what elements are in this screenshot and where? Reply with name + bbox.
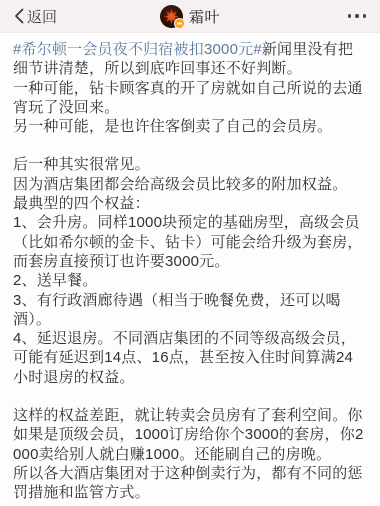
post-paragraph: 所以各大酒店集团对于这种倒卖行为，都有不同的惩罚措施和监管方式。 [13, 464, 368, 503]
more-dots-icon [355, 14, 359, 18]
hashtag-link[interactable]: #希尔顿一会员夜不归宿被扣3000元# [13, 41, 262, 58]
post-paragraph: 这样的权益差距，就让转卖会员房有了套利空间。你如果是顶级会员，1000订房给你个… [13, 406, 368, 464]
username: 霜叶 [189, 6, 220, 27]
post-paragraph: 一种可能，钻卡顾客真的开了房就如自己所说的去通宵玩了没回来。 [13, 79, 368, 118]
post-paragraph: 另一种可能，是也许住客倒卖了自己的会员房。 [13, 117, 368, 136]
more-dots-icon [348, 14, 352, 18]
post-paragraph: 1、会升房。同样1000块预定的基础房型，高级会员（比如希尔顿的金卡、钻卡）可能… [13, 213, 368, 271]
post-paragraph: 4、延迟退房。不同酒店集团的不同等级高级会员，可能有延迟到14点、16点，甚至按… [13, 329, 368, 387]
avatar [160, 5, 183, 28]
back-button[interactable]: 返回 [14, 6, 57, 27]
top-bar: 返回 霜叶 [0, 0, 380, 33]
post-body: #希尔顿一会员夜不归宿被扣3000元#新闻里没有把细节讲清楚，所以到底咋回事还不… [0, 33, 380, 506]
post-paragraph: 3、有行政酒廊待遇（相当于晚餐免费，还可以喝酒）。 [13, 291, 368, 330]
back-button-label: 返回 [27, 6, 57, 27]
post-paragraph: 后一种其实很常见。 [13, 155, 368, 174]
more-button[interactable] [348, 10, 367, 22]
post-paragraph: 因为酒店集团都会给高级会员比较多的附加权益。 [13, 175, 368, 194]
post-paragraph: 最典型的四个权益： [13, 194, 368, 213]
vip-crown-badge-icon [174, 18, 185, 29]
weibo-post-screen: 返回 霜叶 #希尔顿一会员夜不归宿被扣3000元#新闻里没有把细节讲清楚，所以到… [0, 0, 380, 506]
more-dots-icon [363, 14, 367, 18]
post-paragraph: 2、送早餐。 [13, 271, 368, 290]
chevron-left-icon [14, 8, 24, 24]
user-info[interactable]: 霜叶 [160, 5, 220, 28]
post-paragraph-intro: #希尔顿一会员夜不归宿被扣3000元#新闻里没有把细节讲清楚，所以到底咋回事还不… [13, 40, 368, 79]
